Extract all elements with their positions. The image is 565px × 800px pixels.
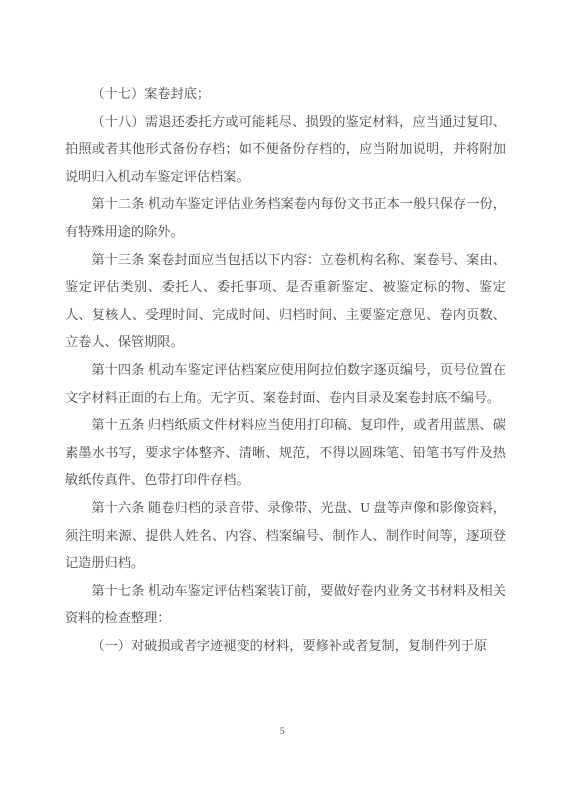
- document-page: （十七）案卷封底； （十八）需退还委托方或可能耗尽、损毁的鉴定材料，应当通过复印…: [0, 0, 565, 800]
- paragraph-article-15: 第十五条 归档纸质文件材料应当使用打印稿、复印件，或者用蓝黑、碳素墨水书写，要求…: [65, 411, 506, 494]
- document-body: （十七）案卷封底； （十八）需退还委托方或可能耗尽、损毁的鉴定材料，应当通过复印…: [65, 80, 506, 659]
- paragraph-article-17: 第十七条 机动车鉴定评估档案装订前，要做好卷内业务文书材料及相关资料的检查整理：: [65, 577, 506, 632]
- page-number: 5: [0, 727, 565, 737]
- paragraph-item-18: （十八）需退还委托方或可能耗尽、损毁的鉴定材料，应当通过复印、拍照或者其他形式备…: [65, 108, 506, 191]
- paragraph-item-17: （十七）案卷封底；: [65, 80, 506, 108]
- paragraph-article-12: 第十二条 机动车鉴定评估业务档案卷内每份文书正本一般只保存一份，有特殊用途的除外…: [65, 190, 506, 245]
- paragraph-article-14: 第十四条 机动车鉴定评估档案应使用阿拉伯数字逐页编号，页号位置在文字材料正面的右…: [65, 356, 506, 411]
- paragraph-sub-item-1: （一）对破损或者字迹褪变的材料，要修补或者复制，复制件列于原: [65, 632, 506, 660]
- paragraph-article-16: 第十六条 随卷归档的录音带、录像带、光盘、U 盘等声像和影像资料，须注明来源、提…: [65, 494, 506, 577]
- paragraph-article-13: 第十三条 案卷封面应当包括以下内容：立卷机构名称、案卷号、案由、鉴定评估类别、委…: [65, 246, 506, 356]
